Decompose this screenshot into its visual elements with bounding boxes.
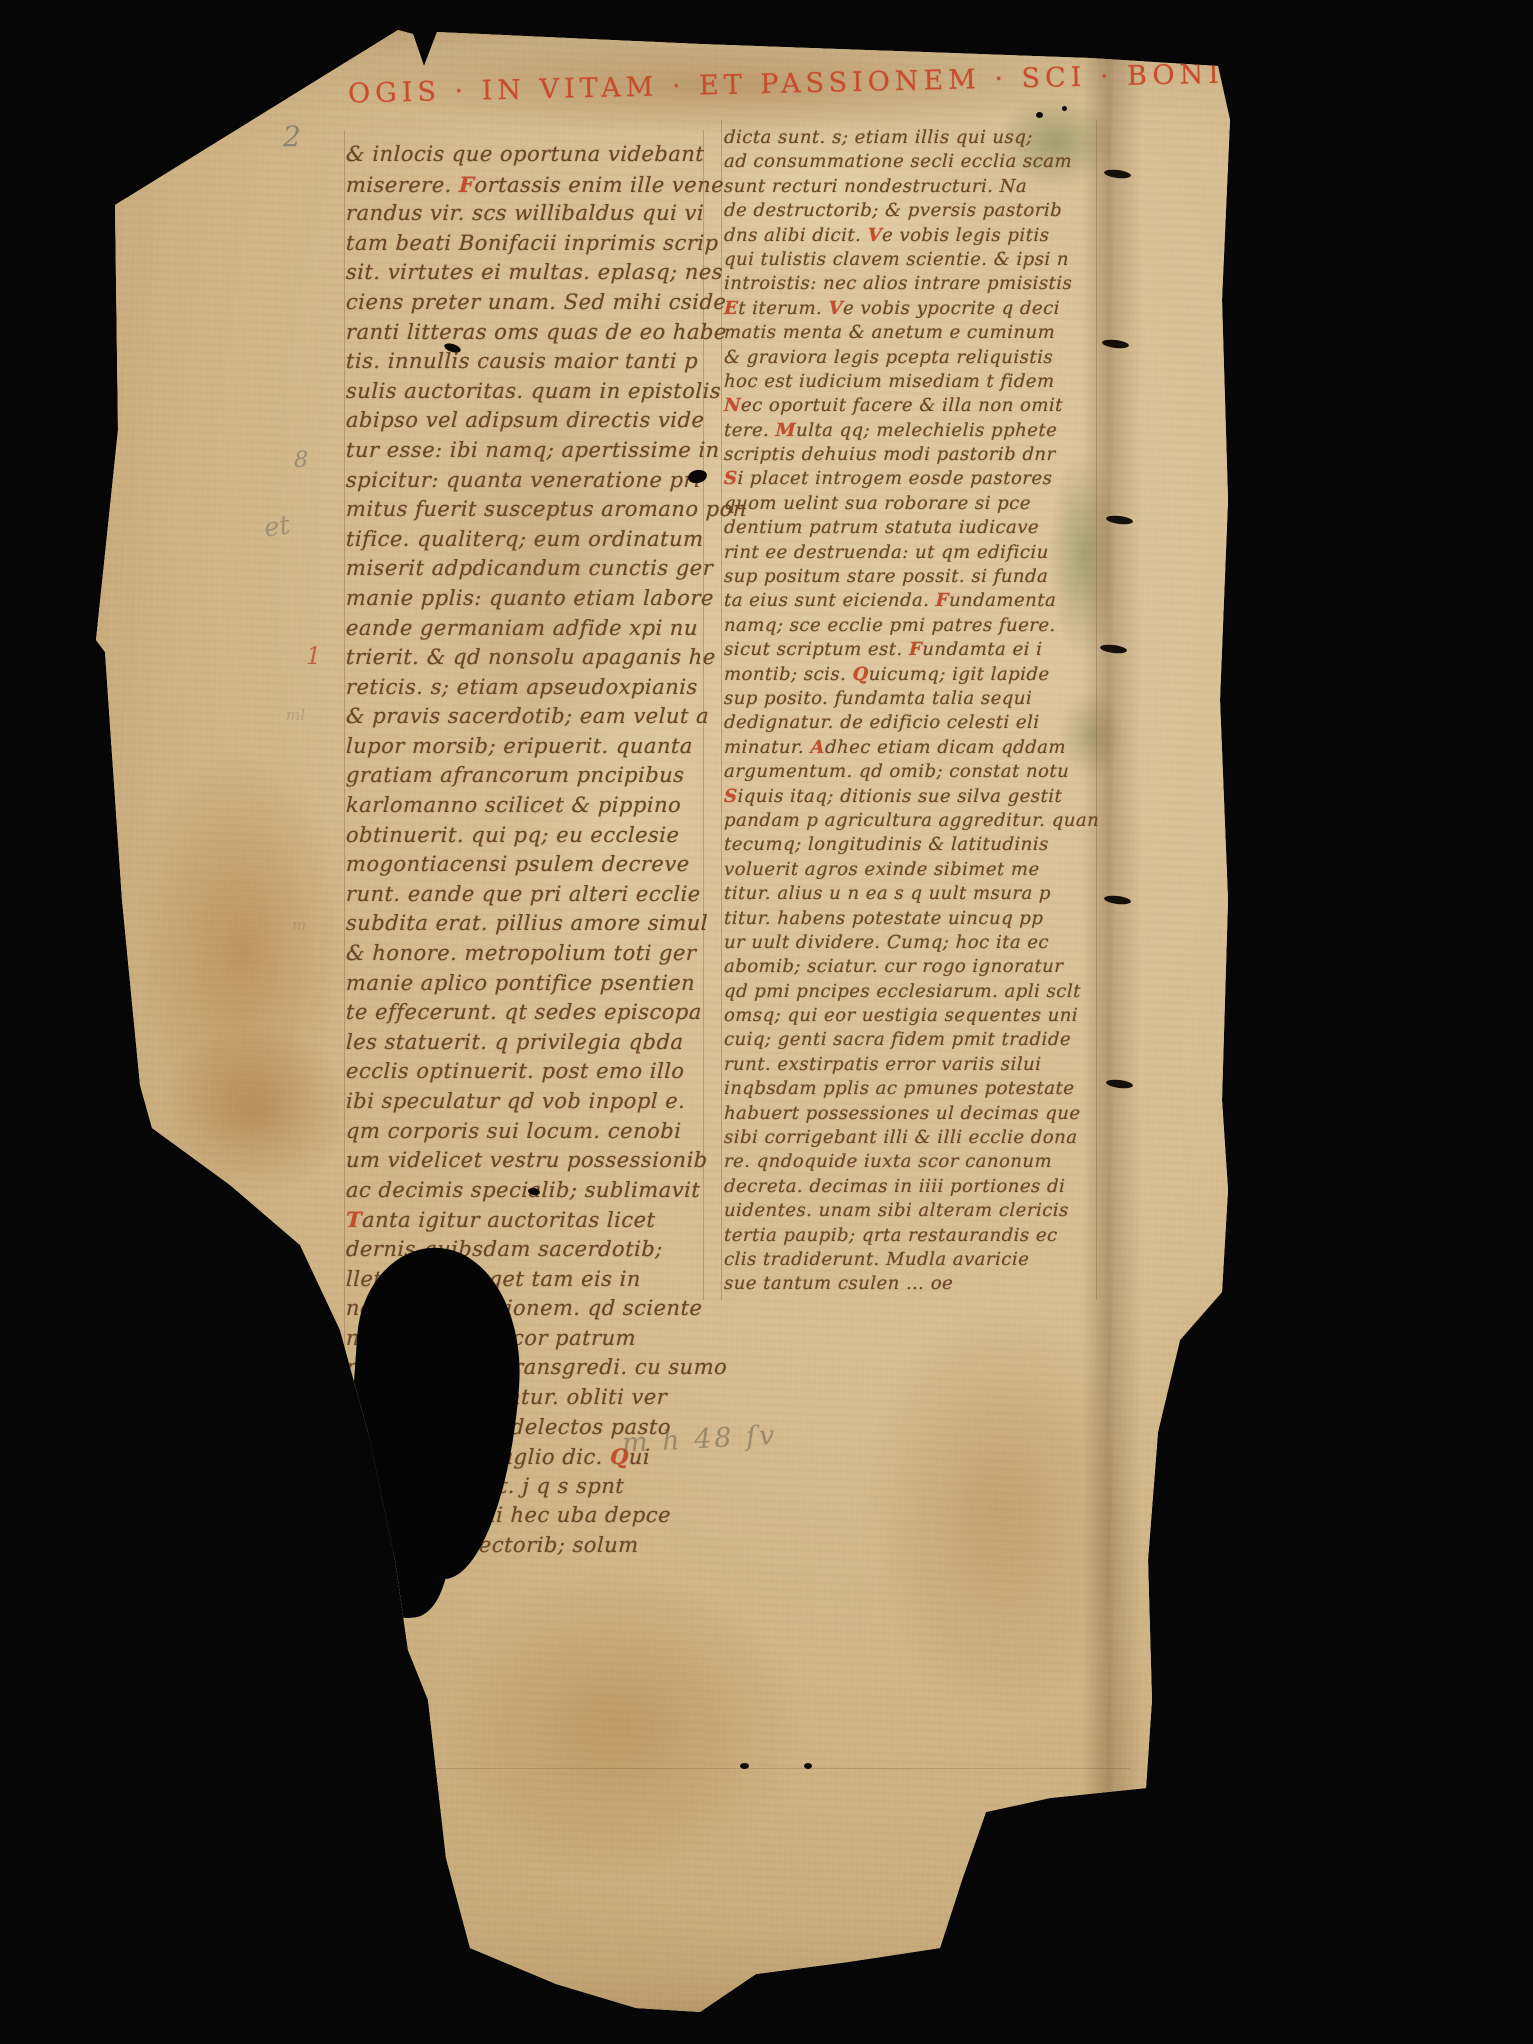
manuscript-text-line: sup positum stare possit. si funda: [724, 565, 1105, 589]
manuscript-text-line: tur esse: ibi namq; apertissime in: [345, 436, 706, 466]
wormhole: [1036, 112, 1043, 118]
manuscript-text-line: les statuerit. q privilegia qbda: [345, 1028, 706, 1058]
margin-mark-red: 1: [306, 642, 321, 670]
manuscript-text-line: um videlicet vestru possessionib: [345, 1146, 706, 1176]
margin-note-pencil: 8: [294, 448, 308, 473]
manuscript-photo: OGIS · IN VITAM · ET PASSIONEM · SCI · B…: [0, 0, 1533, 2044]
manuscript-text-line: ranti litteras oms quas de eo habe: [345, 318, 706, 348]
text-column-right: dicta sunt. s; etiam illis qui usq;ad co…: [724, 126, 1104, 1297]
manuscript-text-line: qd pmi pncipes ecclesiarum. apli sclt: [724, 980, 1105, 1004]
manuscript-text-line: ibi speculatur qd vob inpopl e.: [345, 1087, 706, 1117]
wormhole: [740, 1763, 749, 1769]
manuscript-text-line: Tanta igitur auctoritas licet: [345, 1205, 706, 1235]
manuscript-text-line: tere. Multa qq; melechielis pphete: [724, 419, 1105, 443]
manuscript-text-line: matis menta & anetum e cuminum: [724, 321, 1105, 345]
manuscript-text-line: de destructorib; & pversis pastorib: [724, 199, 1105, 223]
manuscript-text-line: argumentum. qd omib; constat notu: [724, 760, 1105, 784]
manuscript-text-line: trierit. & qd nonsolu apaganis he: [345, 643, 706, 673]
manuscript-text-line: ac decimis specialib; sublimavit: [345, 1176, 706, 1206]
manuscript-text-line: inqbsdam pplis ac pmunes potestate: [724, 1077, 1105, 1101]
manuscript-text-line: namq; sce ecclie pmi patres fuere.: [724, 614, 1105, 638]
manuscript-text-line: ur uult dividere. Cumq; hoc ita ec: [724, 931, 1105, 955]
margin-note-faint-2: m: [292, 916, 306, 934]
manuscript-text-line: & graviora legis pcepta reliquistis: [724, 346, 1105, 370]
manuscript-text-line: lupor morsib; eripuerit. quanta: [345, 732, 706, 762]
manuscript-text-line: subdita erat. pillius amore simul: [345, 909, 706, 939]
manuscript-text-line: minatur. Adhec etiam dicam qddam: [724, 736, 1105, 760]
manuscript-text-line: sulis auctoritas. quam in epistolis: [345, 377, 706, 407]
manuscript-text-line: pandam p agricultura aggreditur. quan: [724, 809, 1105, 833]
manuscript-text-line: qui tulistis clavem scientie. & ipsi n: [724, 248, 1105, 272]
manuscript-text-line: dedignatur. de edificio celesti eli: [724, 711, 1105, 735]
margin-note-faint: ml: [286, 706, 305, 724]
manuscript-text-line: ciens preter unam. Sed mihi cside: [345, 288, 706, 318]
wormhole: [1062, 106, 1067, 111]
manuscript-text-line: voluerit agros exinde sibimet me: [724, 858, 1105, 882]
manuscript-text-line: te effecerunt. qt sedes episcopa: [345, 998, 706, 1028]
manuscript-text-line: Siquis itaq; ditionis sue silva gestit: [724, 785, 1105, 809]
manuscript-text-line: karlomanno scilicet & pippino: [345, 791, 706, 821]
manuscript-text-line: & inlocis que oportuna videbant: [345, 140, 706, 170]
manuscript-text-line: habuert possessiones ul decimas que: [724, 1102, 1105, 1126]
crease-line: [340, 1768, 1130, 1769]
manuscript-text-line: Nec oportuit facere & illa non omit: [724, 394, 1105, 418]
manuscript-text-line: manie aplico pontifice psentien: [345, 969, 706, 999]
wormhole: [804, 1763, 812, 1769]
folio-number-pencil: 2: [283, 120, 301, 153]
manuscript-text-line: Si placet introgem eosde pastores: [724, 467, 1105, 491]
manuscript-text-line: ecclis optinuerit. post emo illo: [345, 1057, 706, 1087]
manuscript-text-line: mogontiacensi psulem decreve: [345, 850, 706, 880]
manuscript-text-line: manie pplis: quanto etiam labore: [345, 584, 706, 614]
manuscript-text-line: montib; scis. Quicumq; igit lapide: [724, 663, 1105, 687]
manuscript-text-line: obtinuerit. qui pq; eu ecclesie: [345, 821, 706, 851]
manuscript-text-line: titur. alius u n ea s q uult msura p: [724, 882, 1105, 906]
manuscript-text-line: abipso vel adipsum directis vide: [345, 406, 706, 436]
manuscript-text-line: sunt recturi nondestructuri. Na: [724, 175, 1105, 199]
manuscript-text-line: & pravis sacerdotib; eam velut a: [345, 702, 706, 732]
manuscript-text-line: tis. innullis causis maior tanti p: [345, 347, 706, 377]
manuscript-text-line: runt. exstirpatis error variis silui: [724, 1053, 1105, 1077]
manuscript-text-line: dentium patrum statuta iudicave: [724, 516, 1105, 540]
manuscript-text-line: tifice. qualiterq; eum ordinatum: [345, 525, 706, 555]
margin-note-et: et: [262, 510, 292, 543]
manuscript-text-line: omsq; qui eor uestigia sequentes uni: [724, 1004, 1105, 1028]
manuscript-text-line: sup posito. fundamta talia sequi: [724, 687, 1105, 711]
manuscript-text-line: runt. eande que pri alteri ecclie: [345, 880, 706, 910]
manuscript-text-line: gratiam afrancorum pncipibus: [345, 761, 706, 791]
manuscript-text-line: & honore. metropolium toti ger: [345, 939, 706, 969]
manuscript-text-line: spicitur: quanta veneratione pri: [345, 466, 706, 496]
manuscript-text-line: dns alibi dicit. Ve vobis legis pitis: [724, 224, 1105, 248]
manuscript-text-line: cuiq; genti sacra fidem pmit tradide: [724, 1028, 1105, 1052]
manuscript-text-line: randus vir. scs willibaldus qui vi: [345, 199, 706, 229]
parchment-leaf: OGIS · IN VITAM · ET PASSIONEM · SCI · B…: [0, 0, 1533, 2044]
manuscript-text-line: mitus fuerit susceptus aromano pon: [345, 495, 706, 525]
manuscript-text-line: re. qndoquide iuxta scor canonum: [724, 1150, 1105, 1174]
manuscript-text-line: qm corporis sui locum. cenobi: [345, 1117, 706, 1147]
manuscript-text-line: sibi corrigebant illi & illi ecclie dona: [724, 1126, 1105, 1150]
manuscript-text-line: eande germaniam adfide xpi nu: [345, 614, 706, 644]
manuscript-text-line: sicut scriptum est. Fundamta ei i: [724, 638, 1105, 662]
manuscript-text-line: ad consummatione secli ecclia scam: [724, 150, 1105, 174]
manuscript-text-line: miserit adpdicandum cunctis ger: [345, 554, 706, 584]
manuscript-text-line: tam beati Bonifacii inprimis scrip: [345, 229, 706, 259]
manuscript-text-line: sit. virtutes ei multas. eplasq; nes: [345, 258, 706, 288]
manuscript-text-line: miserere. Fortassis enim ille vene: [345, 170, 706, 200]
manuscript-text-line: scriptis dehuius modi pastorib dnr: [724, 443, 1105, 467]
manuscript-text-line: Et iterum. Ve vobis ypocrite q deci: [724, 297, 1105, 321]
manuscript-text-line: tertia paupib; qrta restaurandis ec: [724, 1224, 1105, 1248]
manuscript-text-line: reticis. s; etiam apseudoxpianis: [345, 673, 706, 703]
manuscript-text-line: dicta sunt. s; etiam illis qui usq;: [724, 126, 1105, 150]
manuscript-text-line: quom uelint sua roborare si pce: [724, 492, 1105, 516]
manuscript-text-line: clis tradiderunt. Mudla avaricie: [724, 1248, 1105, 1272]
manuscript-text-line: uidentes. unam sibi alteram clericis: [724, 1199, 1105, 1223]
manuscript-text-line: decreta. decimas in iiii portiones di: [724, 1175, 1105, 1199]
manuscript-text-line: rint ee destruenda: ut qm edificiu: [724, 541, 1105, 565]
manuscript-text-line: titur. habens potestate uincuq pp: [724, 907, 1105, 931]
manuscript-text-line: introistis: nec alios intrare pmisistis: [724, 272, 1105, 296]
manuscript-text-line: ta eius sunt eicienda. Fundamenta: [724, 589, 1105, 613]
manuscript-text-line: hoc est iudicium misediam t fidem: [724, 370, 1105, 394]
manuscript-text-line: abomib; sciatur. cur rogo ignoratur: [724, 955, 1105, 979]
manuscript-text-line: sue tantum csulen … oe: [724, 1272, 1105, 1296]
manuscript-text-line: tecumq; longitudinis & latitudinis: [724, 833, 1105, 857]
